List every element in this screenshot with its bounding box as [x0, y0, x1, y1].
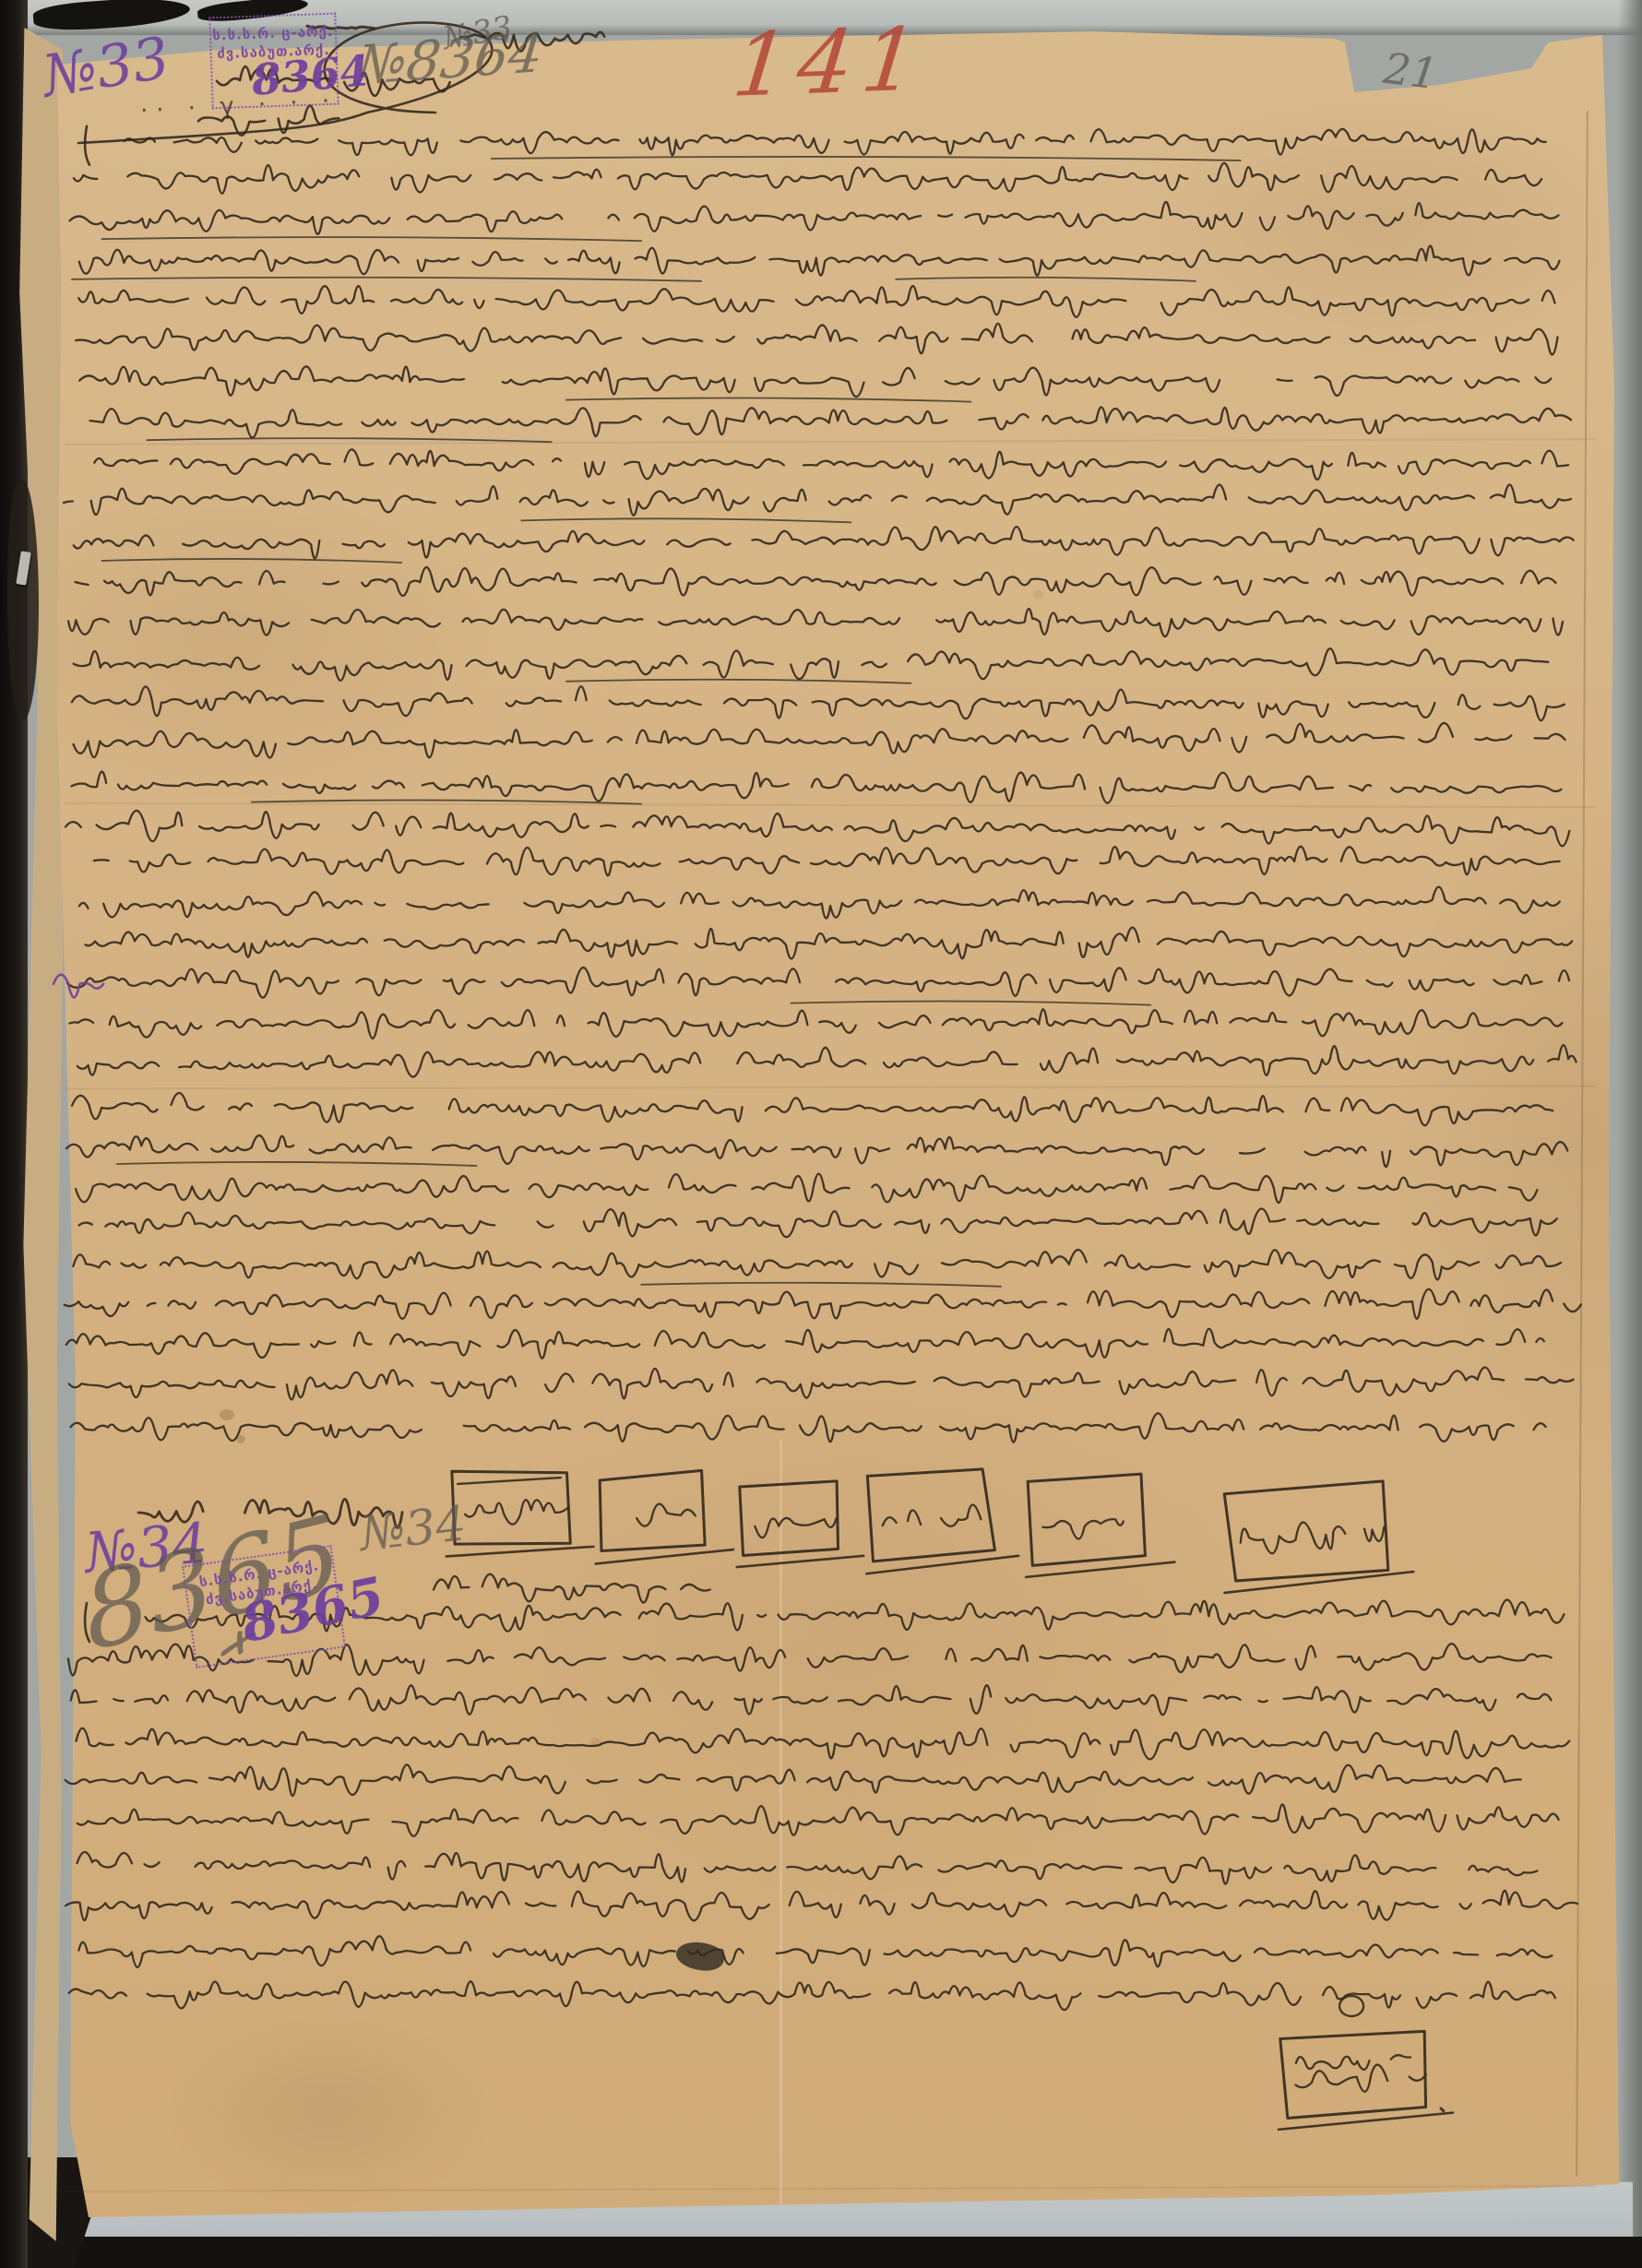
- drawn-seal-4-text: [882, 1504, 982, 1532]
- handwritten-line: [69, 1981, 1555, 2010]
- drawn-seal-3-text: [755, 1515, 837, 1538]
- handwritten-line: [68, 609, 1563, 636]
- handwritten-line: [72, 1093, 1553, 1125]
- pencil-page-number: 21: [1381, 43, 1441, 100]
- bottom-drawn-seal-baseline: [1279, 2113, 1454, 2130]
- drawn-seal-3-baseline: [736, 1556, 863, 1567]
- handwritten-line: [74, 527, 1574, 558]
- drawn-seal-4-baseline: [866, 1556, 1019, 1573]
- bottom-drawn-seal: [1280, 2029, 1430, 2119]
- paragraph-initial: [85, 126, 89, 165]
- entry2-subscript: [434, 1574, 710, 1603]
- handwritten-line: [85, 928, 1572, 959]
- handwritten-line: [79, 366, 1551, 397]
- handwritten-line: [65, 1764, 1543, 1796]
- underline-stroke: [252, 801, 641, 804]
- drawn-seal-2-baseline: [595, 1550, 733, 1563]
- underline-stroke: [492, 157, 1241, 160]
- handwritten-line: [90, 407, 1572, 437]
- underline-stroke: [521, 518, 851, 522]
- handwritten-line: [77, 1852, 1556, 1884]
- handwritten-line: [74, 163, 1541, 194]
- drawn-seal-6-text: [1239, 1515, 1385, 1557]
- red-folio-number: 141: [728, 9, 932, 117]
- handwritten-line: [77, 1728, 1570, 1760]
- entry2-number-pencil: №34: [357, 1496, 469, 1562]
- handwritten-line: [76, 567, 1556, 596]
- drawn-seal-2-text: [636, 1501, 708, 1526]
- handwritten-line: [78, 1936, 1552, 1967]
- handwritten-line: [72, 686, 1565, 720]
- handwritten-line: [125, 129, 1546, 155]
- drawn-seal-1-inner-rule: [458, 1478, 561, 1484]
- handwritten-line: [64, 485, 1571, 516]
- handwritten-line: [76, 1174, 1537, 1203]
- handwritten-line: [78, 286, 1554, 317]
- archive-stamp-1: ს.ს.ს.რ. ც-არქ. ძვ.საბუთ.არქ. 8364: [208, 13, 339, 110]
- seal-period-dot: [1441, 2108, 1444, 2111]
- handwritten-line: [65, 1891, 1577, 1920]
- underline-stroke: [101, 559, 401, 563]
- drawn-seal-5: [1027, 1474, 1147, 1566]
- archival-scan: 141 21 №33 ·· · γ · · · №33 №8364 ს.ს.ს.…: [0, 0, 1642, 2268]
- underline-stroke: [791, 1002, 1151, 1005]
- bottom-drawn-seal-text2: [1295, 2048, 1424, 2074]
- archive-stamp-1-number: 8364: [249, 45, 371, 105]
- handwritten-line: [67, 968, 1569, 998]
- underline-stroke: [641, 1283, 1001, 1287]
- handwritten-line: [73, 1250, 1561, 1279]
- handwritten-line: [65, 1289, 1581, 1319]
- handwritten-line: [94, 847, 1560, 876]
- seal-doodle-circle: [1339, 1996, 1363, 2016]
- handwritten-line: [77, 1045, 1577, 1077]
- handwritten-line: [66, 1329, 1561, 1359]
- margin-mark-purple: [54, 975, 103, 998]
- underline-stroke: [117, 1162, 477, 1166]
- handwritten-line: [76, 324, 1557, 355]
- handwritten-line: [65, 811, 1569, 846]
- handwritten-line: [74, 723, 1565, 758]
- drawn-seal-4: [865, 1466, 994, 1561]
- underline-stroke: [896, 278, 1196, 281]
- handwritten-line: [71, 1685, 1552, 1715]
- archive-stamp-2: ს.ს.ს.რ. ც-არქ. ძვ.საბუთ.არქ. 8365: [182, 1545, 346, 1668]
- underline-stroke: [72, 278, 701, 281]
- drawn-seal-5-text: [1042, 1515, 1140, 1541]
- underline-stroke: [101, 237, 641, 241]
- handwritten-line: [77, 1804, 1559, 1835]
- drawn-seal-1-text: [465, 1499, 569, 1526]
- handwritten-line: [70, 202, 1571, 234]
- handwritten-line: [79, 245, 1560, 275]
- handwritten-line: [94, 449, 1568, 480]
- underline-stroke: [566, 680, 911, 683]
- handwritten-line: [72, 772, 1562, 803]
- handwritten-line: [79, 887, 1560, 919]
- underline-stroke: [147, 438, 551, 442]
- handwritten-line: [74, 648, 1549, 681]
- handwritten-line: [69, 1368, 1574, 1400]
- underline-stroke: [566, 398, 970, 402]
- handwriting-layer: [0, 0, 1642, 2268]
- handwritten-line: [79, 1208, 1557, 1237]
- handwritten-line: [69, 1009, 1562, 1039]
- handwritten-line: [71, 1413, 1546, 1442]
